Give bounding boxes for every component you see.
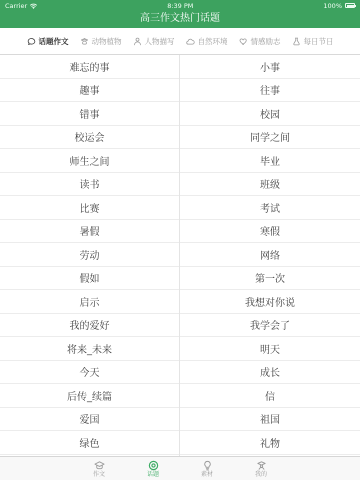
topic-cell[interactable]: 班级 bbox=[180, 173, 360, 197]
tab-1[interactable]: 话题 bbox=[134, 460, 172, 478]
lightbulb-icon bbox=[202, 460, 213, 471]
topic-cell[interactable]: 趣事 bbox=[0, 79, 179, 103]
student-icon bbox=[256, 460, 267, 471]
tab-label: 我的 bbox=[255, 472, 267, 478]
topic-cell[interactable]: 劳动 bbox=[0, 243, 179, 267]
chat-bubble-icon bbox=[27, 37, 36, 46]
topic-cell[interactable]: 我想对你说 bbox=[180, 290, 360, 314]
status-time: 8:39 PM bbox=[167, 2, 193, 10]
filter-item-label: 情感励志 bbox=[251, 36, 281, 47]
target-icon bbox=[148, 460, 159, 471]
topic-cell[interactable]: 绿色 bbox=[0, 431, 179, 455]
filter-bar: 话题作文动物植物人物描写自然环境情感励志每日节日 bbox=[0, 28, 360, 55]
tab-label: 素材 bbox=[201, 472, 213, 478]
topic-cell[interactable]: 读书 bbox=[0, 173, 179, 197]
tab-label: 话题 bbox=[147, 472, 159, 478]
battery-icon bbox=[345, 3, 355, 8]
topic-cell[interactable]: 第一次 bbox=[180, 267, 360, 291]
topic-cell[interactable]: 小事 bbox=[180, 55, 360, 79]
tab-0[interactable]: 作文 bbox=[80, 460, 118, 478]
topics-column-left: 难忘的事趣事错事校运会师生之间读书比赛暑假劳动假如启示我的爱好将来_未来今天后传… bbox=[0, 55, 180, 456]
filter-item-label: 动物植物 bbox=[92, 36, 122, 47]
topic-cell[interactable]: 成长 bbox=[180, 361, 360, 385]
app-screen: Carrier 8:39 PM 100% 高三作文热门话题 话题作文动物植物人物… bbox=[0, 0, 360, 480]
carrier-label: Carrier bbox=[5, 2, 27, 10]
topic-cell[interactable]: 我的爱好 bbox=[0, 314, 179, 338]
topics-column-right: 小事往事校园同学之间毕业班级考试寒假网络第一次我想对你说我学会了明天成长信祖国礼… bbox=[180, 55, 360, 456]
wifi-icon bbox=[30, 3, 37, 9]
status-bar: Carrier 8:39 PM 100% bbox=[0, 0, 360, 11]
status-left: Carrier bbox=[5, 2, 37, 10]
topic-cell[interactable]: 后传_续篇 bbox=[0, 384, 179, 408]
topic-cell[interactable]: 比赛 bbox=[0, 196, 179, 220]
heart-icon bbox=[239, 37, 248, 46]
topic-cell[interactable]: 考试 bbox=[180, 196, 360, 220]
topic-cell[interactable]: 今天 bbox=[0, 361, 179, 385]
header: Carrier 8:39 PM 100% 高三作文热门话题 bbox=[0, 0, 360, 28]
topic-cell[interactable]: 将来_未来 bbox=[0, 337, 179, 361]
topic-cell[interactable]: 明天 bbox=[180, 337, 360, 361]
filter-item[interactable]: 人物描写 bbox=[133, 36, 175, 47]
topics-table: 难忘的事趣事错事校运会师生之间读书比赛暑假劳动假如启示我的爱好将来_未来今天后传… bbox=[0, 55, 360, 456]
filter-item-label: 话题作文 bbox=[39, 36, 69, 47]
filter-item-label: 每日节日 bbox=[304, 36, 334, 47]
filter-item[interactable]: 话题作文 bbox=[27, 36, 69, 47]
topic-cell[interactable]: 网络 bbox=[180, 243, 360, 267]
filter-item[interactable]: 自然环境 bbox=[186, 36, 228, 47]
paw-icon bbox=[80, 37, 89, 46]
tab-2[interactable]: 素材 bbox=[188, 460, 226, 478]
tab-bar: 作文话题素材我的 bbox=[0, 456, 360, 480]
topic-cell[interactable]: 祖国 bbox=[180, 408, 360, 432]
filter-item[interactable]: 动物植物 bbox=[80, 36, 122, 47]
topic-cell[interactable]: 我学会了 bbox=[180, 314, 360, 338]
topic-cell[interactable]: 师生之间 bbox=[0, 149, 179, 173]
person-icon bbox=[133, 37, 142, 46]
topic-cell[interactable]: 假如 bbox=[0, 267, 179, 291]
topic-cell[interactable]: 校运会 bbox=[0, 126, 179, 150]
page-title: 高三作文热门话题 bbox=[0, 11, 360, 28]
topic-cell[interactable]: 毕业 bbox=[180, 149, 360, 173]
filter-item[interactable]: 情感励志 bbox=[239, 36, 281, 47]
topic-cell[interactable]: 礼物 bbox=[180, 431, 360, 455]
topic-cell[interactable]: 同学之间 bbox=[180, 126, 360, 150]
topic-cell[interactable]: 错事 bbox=[0, 102, 179, 126]
filter-item-label: 人物描写 bbox=[145, 36, 175, 47]
topic-cell[interactable]: 寒假 bbox=[180, 220, 360, 244]
battery-percent: 100% bbox=[323, 2, 342, 10]
filter-item[interactable]: 每日节日 bbox=[292, 36, 334, 47]
cloud-icon bbox=[186, 37, 195, 46]
status-right: 100% bbox=[323, 2, 355, 10]
flask-icon bbox=[292, 37, 301, 46]
battery-fill bbox=[347, 5, 354, 7]
topic-cell[interactable]: 爱国 bbox=[0, 408, 179, 432]
topic-cell[interactable]: 校园 bbox=[180, 102, 360, 126]
filter-item-label: 自然环境 bbox=[198, 36, 228, 47]
topic-cell[interactable]: 信 bbox=[180, 384, 360, 408]
topic-cell[interactable]: 难忘的事 bbox=[0, 55, 179, 79]
tab-3[interactable]: 我的 bbox=[242, 460, 280, 478]
topic-cell[interactable]: 往事 bbox=[180, 79, 360, 103]
graduation-cap-icon bbox=[94, 460, 105, 471]
tab-label: 作文 bbox=[93, 472, 105, 478]
topic-cell[interactable]: 暑假 bbox=[0, 220, 179, 244]
topic-cell[interactable]: 启示 bbox=[0, 290, 179, 314]
